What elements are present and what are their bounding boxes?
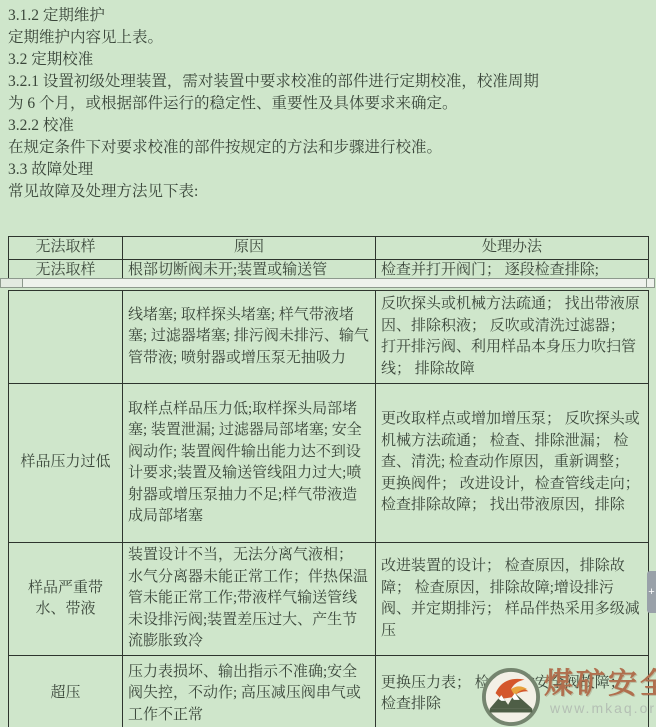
table-row: 样品严重带水、带液 装置设计不当，无法分离气液相； 水气分离器未能正常工作；伴热…: [9, 543, 649, 656]
cell-cause: 线堵塞; 取样探头堵塞; 样气带液堵塞; 过滤器堵塞; 排污阀未排污、输气管带液…: [123, 291, 376, 384]
cell-cause: 压力表损坏、输出指示不准确;安全阀失控，不动作; 高压减压阀串气或工作不正常: [123, 656, 376, 727]
section-heading-3-2-2: 3.2.2 校准: [8, 115, 650, 137]
section-heading-3-3: 3.3 故障处理: [8, 159, 650, 181]
mkaq-logo-icon: [482, 668, 540, 726]
cell-symptom: 样品压力过低: [9, 384, 123, 543]
cell-cause: 取样点样品压力低;取样探头局部堵塞; 装置泄漏; 过滤器局部堵塞; 安全阀动作;…: [123, 384, 376, 543]
document-text-block: 3.1.2 定期维护 定期维护内容见上表。 3.2 定期校准 3.2.1 设置初…: [8, 5, 650, 203]
table-row: 样品压力过低 取样点样品压力低;取样探头局部堵塞; 装置泄漏; 过滤器局部堵塞;…: [9, 384, 649, 543]
split-strip-notch: [646, 279, 647, 287]
cell-symptom: 超压: [9, 656, 123, 727]
table-header-row: 无法取样 原因 处理办法: [9, 237, 649, 260]
cell-cause: 装置设计不当，无法分离气液相； 水气分离器未能正常工作；伴热保温管未能正常工作;…: [123, 543, 376, 656]
cell-symptom: [9, 291, 123, 384]
cell-remedy: 改进装置的设计； 检查原因，排除故障； 检查原因，排除故障;增设排污阀、并定期排…: [376, 543, 649, 656]
watermark-site-name: 煤矿安全网: [544, 668, 656, 700]
paragraph: 定期维护内容见上表。: [8, 27, 650, 49]
fault-table-header: 无法取样 原因 处理办法 无法取样 根部切断阀未开;装置或输送管 检查并打开阀门…: [8, 236, 649, 282]
paragraph: 在规定条件下对要求校准的部件按规定的方法和步骤进行校准。: [8, 137, 650, 159]
paragraph: 3.2.1 设置初级处理装置，需对装置中要求校准的部件进行定期校准，校准周期: [8, 71, 650, 93]
table-split-strip: [0, 278, 655, 288]
paragraph: 常见故障及处理方法见下表:: [8, 181, 650, 203]
cell-remedy: 反吹探头或机械方法疏通； 找出带液原因、排除积液； 反吹或清洗过滤器； 打开排污…: [376, 291, 649, 384]
cell-remedy: 更改取样点或增加增压泵； 反吹探头或机械方法疏通； 检查、排除泄漏； 检查、清洗…: [376, 384, 649, 543]
cell-symptom: 样品严重带水、带液: [9, 543, 123, 656]
header-cell-symptom: 无法取样: [9, 237, 123, 260]
section-heading-3-1-2: 3.1.2 定期维护: [8, 5, 650, 27]
split-strip-tab: [1, 279, 23, 287]
fault-table-main: 线堵塞; 取样探头堵塞; 样气带液堵塞; 过滤器堵塞; 排污阀未排污、输气管带液…: [8, 290, 649, 727]
watermark-text: 煤矿安全网 www.mkaq.org: [544, 668, 656, 716]
header-cell-cause: 原因: [123, 237, 376, 260]
paragraph: 为 6 个月，或根据部件运行的稳定性、重要性及具体要求来确定。: [8, 93, 650, 115]
table-row: 线堵塞; 取样探头堵塞; 样气带液堵塞; 过滤器堵塞; 排污阀未排污、输气管带液…: [9, 291, 649, 384]
floating-plus-button[interactable]: +: [647, 571, 656, 613]
watermark-site-url: www.mkaq.org: [550, 700, 656, 716]
section-heading-3-2: 3.2 定期校准: [8, 49, 650, 71]
header-cell-remedy: 处理办法: [376, 237, 649, 260]
site-watermark: 煤矿安全网 www.mkaq.org: [482, 668, 656, 726]
document-page: 3.1.2 定期维护 定期维护内容见上表。 3.2 定期校准 3.2.1 设置初…: [0, 0, 656, 727]
